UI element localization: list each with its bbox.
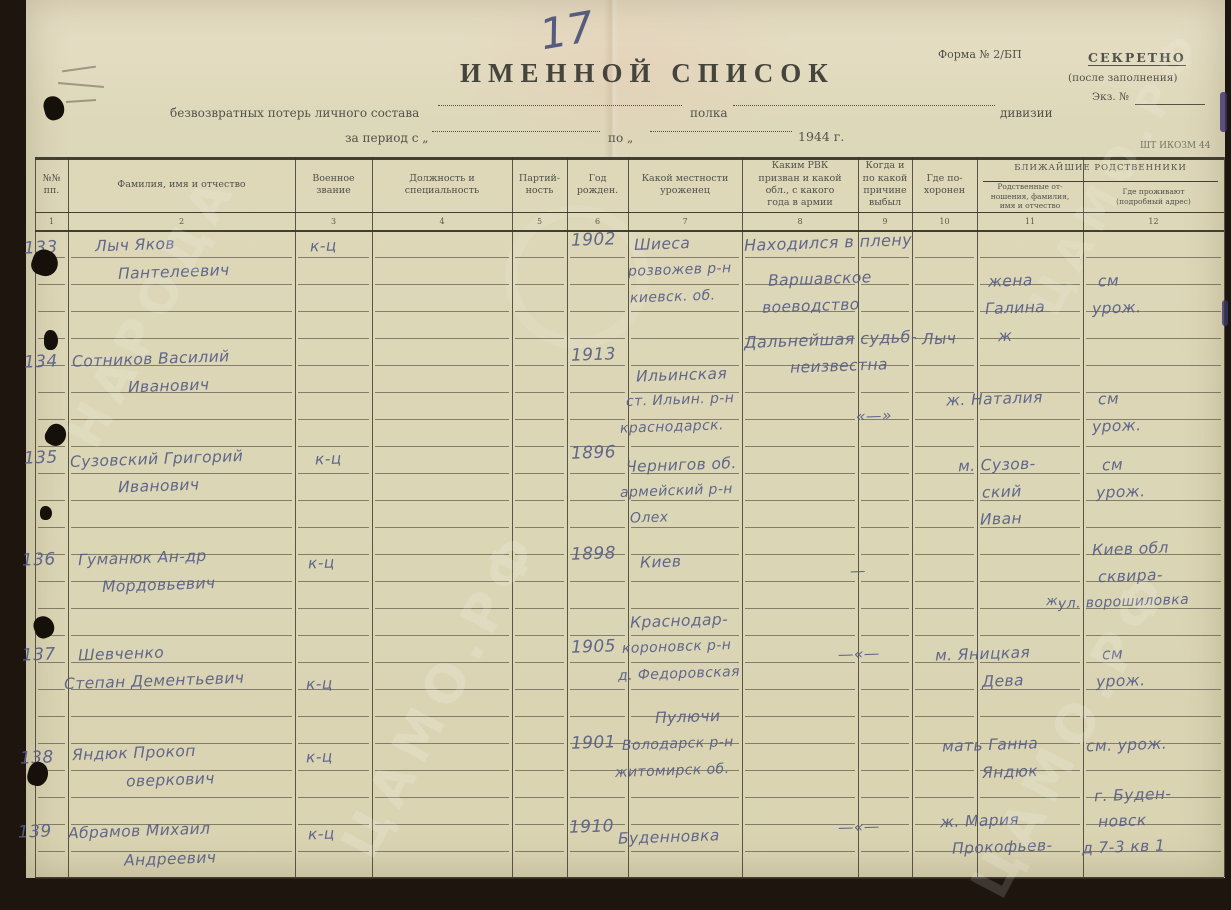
column-header-4: Должность и специальность xyxy=(373,160,511,210)
column-header-11: Родственные от- ношения, фамилия, имя и … xyxy=(978,183,1082,210)
handwritten-entries-2-relatives-1: ский xyxy=(982,482,1022,501)
handwritten-entries-2-address-1: урож. xyxy=(1096,482,1146,502)
column-number-3: 3 xyxy=(295,217,372,226)
handwritten-entries-6-address-1: новск xyxy=(1098,811,1147,831)
page-title: ИМЕННОЙ СПИСОК xyxy=(460,58,835,89)
handwritten-entries-5-birthplace-0: Пулючи xyxy=(655,707,721,727)
handwritten-entries-6-relatives-0: ж. Мария xyxy=(940,811,1020,832)
subtitle-division: дивизии xyxy=(1000,106,1053,120)
table-column-border xyxy=(512,157,513,877)
handwritten-entries-0-rank: к-ц xyxy=(310,237,337,256)
handwritten-entries-2-rank: к-ц xyxy=(315,450,342,469)
secrecy-stamp: СЕКРЕТНО xyxy=(1088,50,1186,66)
table-column-border xyxy=(1224,157,1225,877)
column-number-7: 7 xyxy=(628,217,742,226)
handwritten-entries-3-rank: к-ц xyxy=(308,554,335,573)
table-column-border xyxy=(1083,157,1084,877)
column-header-3: Военное звание xyxy=(296,160,371,210)
column-number-11: 11 xyxy=(977,217,1083,226)
handwritten-entries-5-name-1: оверкович xyxy=(126,769,215,790)
handwritten-entries-2-address-0: см xyxy=(1102,456,1124,475)
column-header-8: Каким РВК призван и какой обл., с какого… xyxy=(743,160,857,210)
column-number-2: 2 xyxy=(68,217,295,226)
handwritten-entries-2-relatives-2: Иван xyxy=(980,509,1023,528)
table-column-border xyxy=(977,157,978,877)
table-column-border xyxy=(912,157,913,877)
column-number-5: 5 xyxy=(512,217,567,226)
handwritten-entries-4-birthplace-0: Краснодар- xyxy=(630,610,729,631)
handwritten-entries-6-address-2: д 7-3 кв 1 xyxy=(1082,837,1166,858)
handwritten-entries-3-address-1: сквира- xyxy=(1098,566,1163,586)
column-ruled-lines xyxy=(298,231,369,874)
handwritten-entries-6-rank: к-ц xyxy=(308,825,335,844)
table-border xyxy=(35,877,1224,879)
column-header-5: Партий- ность xyxy=(513,160,566,210)
subtitle-line2: за период с „ xyxy=(345,131,428,145)
column-ruled-lines xyxy=(915,231,974,874)
table-column-border xyxy=(68,157,69,877)
handwritten-entries-1-address-1: урож. xyxy=(1092,416,1142,436)
handwritten-shared_note-name_ref: Лыч xyxy=(922,329,957,348)
table-border xyxy=(35,212,1224,213)
ink-mark xyxy=(1222,300,1228,326)
subtitle-polka: полка xyxy=(690,106,728,120)
handwritten-entries-1-address-0: см xyxy=(1098,390,1120,409)
handwritten-entries-0-relatives-1: Галина xyxy=(985,298,1046,318)
handwritten-entries-1-year: 1913 xyxy=(571,344,617,366)
column-ruled-lines xyxy=(375,231,509,874)
table-column-border xyxy=(858,157,859,877)
column-header-6: Год рожден. xyxy=(568,160,627,210)
column-ruled-lines xyxy=(515,231,564,874)
handwritten-entries-5-address-0: см. урож. xyxy=(1086,735,1168,756)
column-header-10: Где по- хоронен xyxy=(913,160,976,210)
handwritten-entries-3-birthplace-0: Киев xyxy=(640,552,682,571)
handwritten-entries-4-name-0: Шевченко xyxy=(78,644,165,665)
handwritten-entries-6-name-1: Андреевич xyxy=(124,848,217,869)
table-column-border xyxy=(295,157,296,877)
handwritten-entries-1-no: 134 xyxy=(24,351,58,372)
handwritten-entries-4-no: 137 xyxy=(22,644,56,665)
handwritten-entries-1-birthplace-0: Ильинская xyxy=(636,364,728,385)
handwritten-entries-2-no: 135 xyxy=(24,447,58,468)
blank-line xyxy=(733,105,995,106)
subtitle-line1: безвозвратных потерь личного состава xyxy=(170,106,419,120)
column-header-9: Когда и по какой причине выбыл xyxy=(859,160,911,210)
column-number-10: 10 xyxy=(912,217,977,226)
handwritten-page-number: 17 xyxy=(536,2,598,60)
form-number: Форма № 2/БП xyxy=(938,48,1022,61)
blank-line xyxy=(432,131,600,132)
handwritten-entries-2-year: 1896 xyxy=(571,442,617,464)
handwritten-entries-0-name-0: Лыч Яков xyxy=(95,235,176,256)
subtitle-year: 1944 г. xyxy=(798,129,844,144)
handwritten-entries-2-name-1: Иванович xyxy=(118,476,200,497)
handwritten-entries-0-address-1: урож. xyxy=(1092,298,1142,318)
handwritten-entries-2-relatives-0: м. Сузов- xyxy=(958,455,1036,476)
handwritten-entries-0-fate_note-1: Варшавское xyxy=(768,268,872,290)
handwritten-entries-1-name-1: Иванович xyxy=(128,376,210,397)
handwritten-entries-5-rank: к-ц xyxy=(306,748,333,767)
handwritten-entries-1-relatives-0: ж. Наталия xyxy=(946,388,1043,409)
handwritten-entries-4-year: 1905 xyxy=(571,636,617,658)
handwritten-entries-0-fate_note-2: воеводство xyxy=(762,295,860,316)
handwritten-entries-6-no: 139 xyxy=(18,821,52,842)
handwritten-entries-4-relatives-0: м. Яницкая xyxy=(935,643,1031,664)
handwritten-entries-3-year: 1898 xyxy=(571,543,617,565)
handwritten-entries-6-relatives-1: Прокофьев- xyxy=(952,836,1053,857)
handwritten-entries-1-dash: «—» xyxy=(856,406,892,425)
column-number-6: 6 xyxy=(567,217,628,226)
handwritten-entries-0-relatives-2: ж xyxy=(998,327,1013,345)
handwritten-entries-4-address-0: см xyxy=(1102,645,1124,664)
handwritten-entries-0-address-0: см xyxy=(1098,272,1120,291)
column-number-8: 8 xyxy=(742,217,858,226)
handwritten-entries-5-year: 1901 xyxy=(571,732,617,754)
punch-hole xyxy=(40,506,52,520)
handwritten-entries-0-year: 1902 xyxy=(571,229,617,251)
handwritten-entries-4-rank: к-ц xyxy=(306,675,333,694)
table-column-border xyxy=(742,157,743,877)
handwritten-entries-6-birthplace-0: Буденновка xyxy=(618,826,720,848)
handwritten-entries-3-no: 136 xyxy=(22,549,56,570)
handwritten-entries-4-dash: —«— xyxy=(838,644,880,663)
handwritten-entries-2-birthplace-0: Чернигов об. xyxy=(626,454,737,476)
scanned-document: 17 ИМЕННОЙ СПИСОК Форма № 2/БП СЕКРЕТНО … xyxy=(0,0,1231,910)
column-number-9: 9 xyxy=(858,217,912,226)
column-number-4: 4 xyxy=(372,217,512,226)
column-header-7: Какой местности уроженец xyxy=(629,160,741,210)
copy-number-line xyxy=(1135,104,1205,105)
punch-hole xyxy=(44,330,58,350)
handwritten-entries-2-birthplace-2: Олех xyxy=(630,509,669,526)
print-code: ШТ ИКОЗМ 44 xyxy=(1140,141,1210,151)
handwritten-entries-6-dash: —«— xyxy=(838,817,880,836)
handwritten-entries-3-dash: — xyxy=(850,562,867,581)
relatives-group-header: БЛИЖАЙШИЕ РОДСТВЕННИКИ xyxy=(977,161,1224,177)
handwritten-entries-6-year: 1910 xyxy=(569,816,615,838)
handwritten-entries-5-relatives-1: Яндюк xyxy=(982,762,1039,782)
column-number-1: 1 xyxy=(35,217,68,226)
handwritten-entries-0-birthplace-0: Шиеса xyxy=(634,234,691,254)
handwritten-entries-0-birthplace-2: киевск. об. xyxy=(630,288,716,307)
table-column-border xyxy=(567,157,568,877)
copy-number-label: Экз. № xyxy=(1092,91,1129,103)
column-number-12: 12 xyxy=(1083,217,1224,226)
table-column-border xyxy=(372,157,373,877)
handwritten-entries-0-relatives-0: жена xyxy=(988,271,1033,291)
column-header-2: Фамилия, имя и отчество xyxy=(69,160,294,210)
subtitle-po: по „ xyxy=(608,131,633,145)
handwritten-entries-4-relatives-1: Дева xyxy=(982,671,1024,690)
blank-line xyxy=(650,131,792,132)
ink-mark xyxy=(1220,92,1227,132)
handwritten-shared_note-lines-1: неизвестна xyxy=(790,355,888,376)
handwritten-entries-4-address-1: урож. xyxy=(1096,671,1146,691)
column-ruled-lines xyxy=(745,231,855,874)
blank-line xyxy=(438,105,682,106)
handwritten-entries-5-relatives-0: мать Ганна xyxy=(942,734,1039,755)
handwritten-entries-3-address-0: Киев обл xyxy=(1092,539,1169,560)
column-header-1: №№ пп. xyxy=(36,160,67,210)
handwritten-entries-6-address-0: г. Буден- xyxy=(1094,785,1172,806)
secrecy-note: (после заполнения) xyxy=(1068,72,1177,84)
column-header-12: Где проживают (подробный адрес) xyxy=(1084,183,1223,210)
